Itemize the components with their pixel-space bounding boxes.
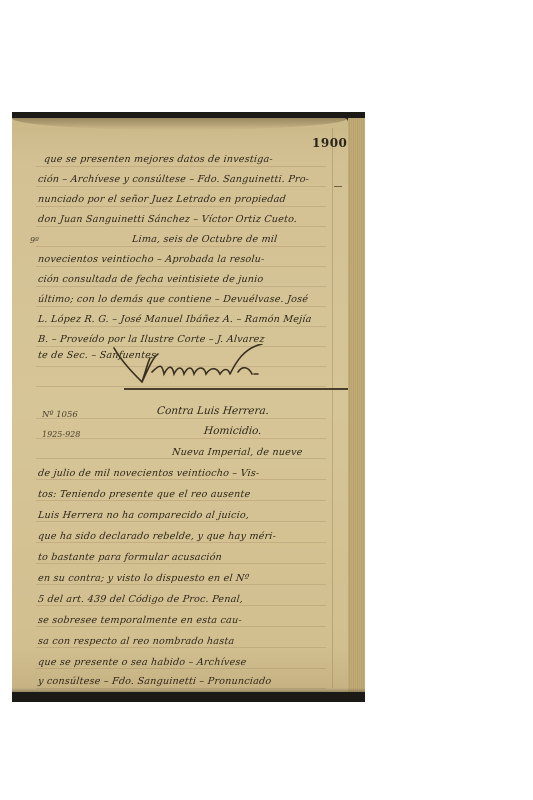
paper-page: 1900 que se presenten mejores datos de i… bbox=[12, 118, 348, 692]
handwritten-line: de julio de mil novecientos veintiocho –… bbox=[37, 468, 328, 479]
margin-note: 9º bbox=[30, 236, 39, 245]
handwritten-line: en su contra; y visto lo dispuesto en el… bbox=[37, 573, 328, 584]
page-edges bbox=[348, 118, 365, 692]
ruled-line bbox=[36, 186, 326, 187]
ruled-line bbox=[36, 266, 326, 267]
handwritten-line: y consúltese – Fdo. Sanguinetti – Pronun… bbox=[37, 676, 328, 687]
signature-rule bbox=[124, 388, 348, 390]
ruled-line bbox=[36, 563, 326, 564]
handwritten-line: nunciado por el señor Juez Letrado en pr… bbox=[37, 194, 328, 205]
ruled-line bbox=[36, 521, 326, 522]
case-number: Nº 1056 bbox=[42, 410, 78, 420]
handwritten-line: 5 del art. 439 del Código de Proc. Penal… bbox=[37, 594, 328, 605]
ruled-line bbox=[36, 479, 326, 480]
ruled-line bbox=[36, 605, 326, 606]
margin-rule bbox=[332, 128, 333, 688]
case-subtitle: Homicidio. bbox=[203, 425, 262, 437]
ruled-line bbox=[36, 418, 326, 419]
ruled-line bbox=[36, 286, 326, 287]
margin-tick bbox=[334, 186, 342, 187]
handwritten-line: tos: Teniendo presente que el reo ausent… bbox=[37, 489, 328, 500]
handwritten-line: L. López R. G. – José Manuel Ibáñez A. –… bbox=[37, 314, 328, 325]
handwritten-line: ción – Archívese y consúltese – Fdo. San… bbox=[37, 174, 328, 185]
case-reference: 1925-928 bbox=[42, 430, 80, 439]
ruled-line bbox=[36, 626, 326, 627]
ruled-line bbox=[36, 584, 326, 585]
ruled-line bbox=[36, 326, 326, 327]
signature bbox=[112, 344, 322, 386]
ruled-line bbox=[36, 166, 326, 167]
handwritten-line: to bastante para formular acusación bbox=[37, 552, 328, 563]
ruled-line bbox=[36, 226, 326, 227]
handwritten-line: último; con lo demás que contiene – Devu… bbox=[37, 294, 328, 305]
handwritten-line: Nueva Imperial, de nueve bbox=[171, 447, 328, 458]
ruled-line bbox=[36, 500, 326, 501]
ruled-line bbox=[36, 306, 326, 307]
handwritten-line: Luis Herrera no ha comparecido al juicio… bbox=[37, 510, 328, 521]
case-title: Contra Luis Herrera. bbox=[156, 405, 269, 417]
handwritten-line: don Juan Sanguinetti Sánchez – Víctor Or… bbox=[37, 214, 328, 225]
ruled-line bbox=[36, 206, 326, 207]
ruled-line bbox=[36, 542, 326, 543]
ruled-line bbox=[36, 647, 326, 648]
handwritten-line: novecientos veintiocho – Aprobada la res… bbox=[37, 254, 328, 265]
scanned-register-page: 1900 que se presenten mejores datos de i… bbox=[12, 112, 365, 702]
ruled-line bbox=[36, 668, 326, 669]
page-number: 1900 bbox=[312, 136, 347, 150]
binding-shadow bbox=[12, 688, 365, 702]
handwritten-line: ción consultada de fecha veintisiete de … bbox=[37, 274, 328, 285]
handwritten-line: que se presenten mejores datos de invest… bbox=[43, 154, 334, 165]
handwritten-line: sa con respecto al reo nombrado hasta bbox=[37, 636, 328, 647]
ruled-line bbox=[36, 246, 326, 247]
handwritten-line: Lima, seis de Octubre de mil bbox=[131, 234, 328, 245]
handwritten-line: que se presente o sea habido – Archívese bbox=[37, 657, 328, 668]
handwritten-line: que ha sido declarado rebelde, y que hay… bbox=[37, 531, 328, 542]
ruled-line bbox=[36, 386, 326, 387]
ruled-line bbox=[36, 458, 326, 459]
handwritten-line: se sobresee temporalmente en esta cau- bbox=[37, 615, 328, 626]
